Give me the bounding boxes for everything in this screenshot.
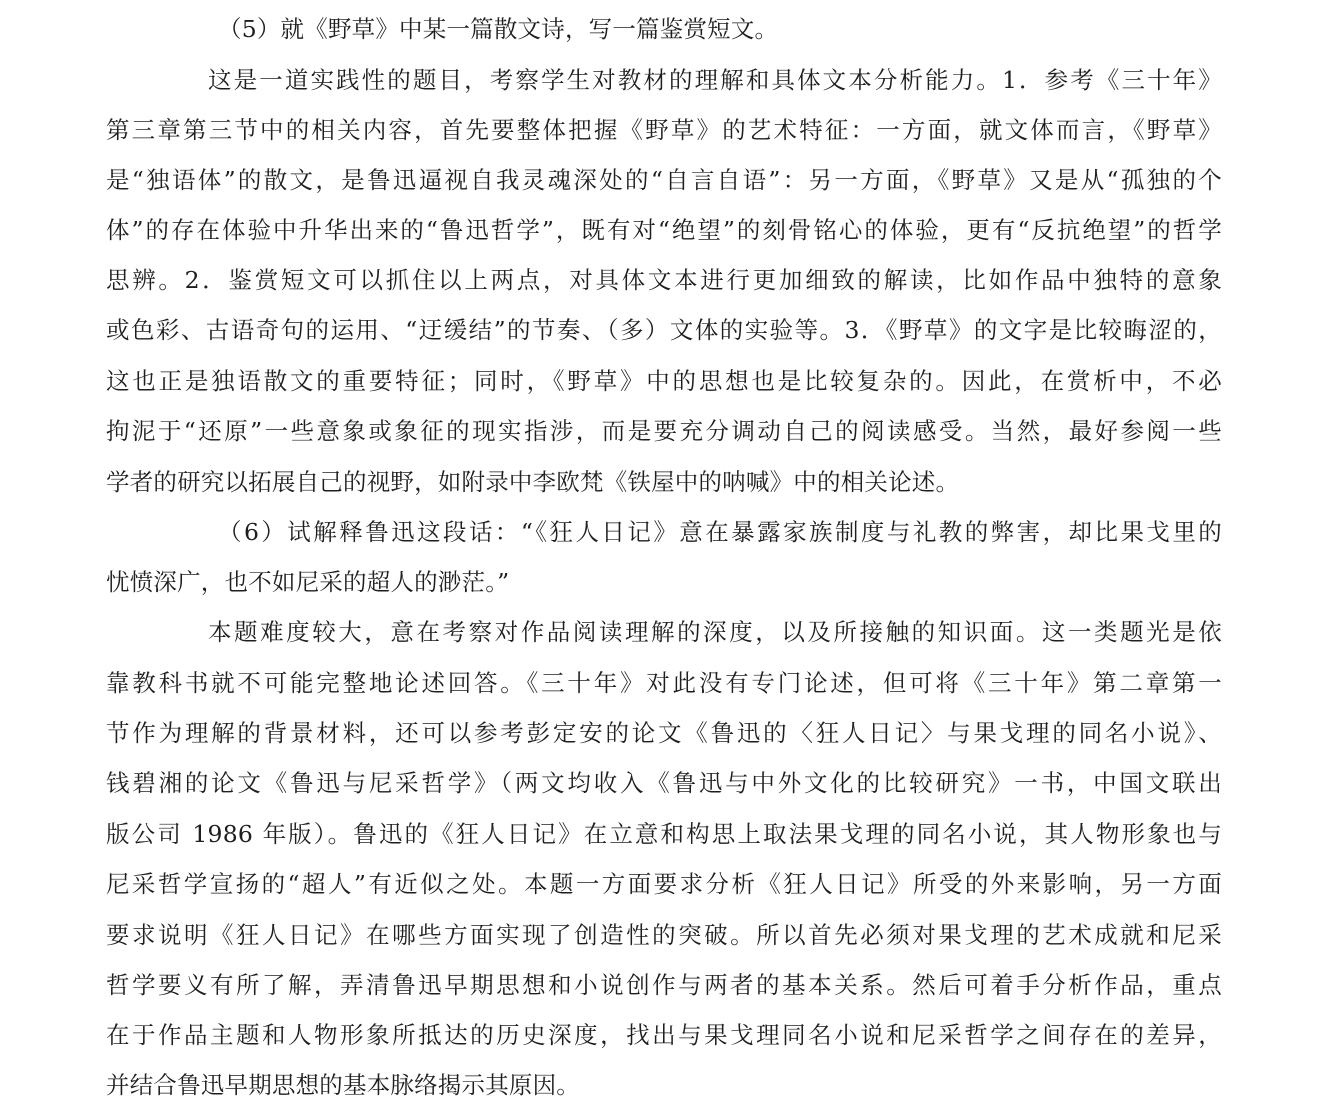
answer-6-line-2: 靠教科书就不可能完整地论述回答。《三十年》对此没有专门论述，但可将《三十年》第二… bbox=[106, 658, 1222, 708]
answer-5-line-7: 这也正是独语散文的重要特征；同时，《野草》中的思想也是比较复杂的。因此，在赏析中… bbox=[106, 356, 1222, 406]
answer-6-line-5: 版公司 1986 年版）。鲁迅的《狂人日记》在立意和构思上取法果戈理的同名小说，… bbox=[106, 809, 1222, 859]
answer-5-line-3: 是“独语体”的散文，是鲁迅逼视自我灵魂深处的“自言自语”：另一方面，《野草》又是… bbox=[106, 155, 1222, 205]
question-6-heading-line-2: 忧愤深广，也不如尼采的超人的渺茫。” bbox=[106, 557, 1222, 607]
answer-6-line-3: 节作为理解的背景材料，还可以参考彭定安的论文《鲁迅的〈狂人日记〉与果戈理的同名小… bbox=[106, 708, 1222, 758]
answer-5-line-6: 或色彩、古语奇句的运用、“迂缓结”的节奏、（多）文体的实验等。3．《野草》的文字… bbox=[106, 305, 1222, 355]
answer-5-line-1: 这是一道实践性的题目，考察学生对教材的理解和具体文本分析能力。1．参考《三十年》 bbox=[208, 55, 1222, 105]
answer-6-line-8: 哲学要义有所了解，弄清鲁迅早期思想和小说创作与两者的基本关系。然后可着手分析作品… bbox=[106, 960, 1222, 1010]
question-5-heading: （5）就《野草》中某一篇散文诗，写一篇鉴赏短文。 bbox=[218, 4, 1222, 54]
answer-5-line-4: 体”的存在体验中升华出来的“鲁迅哲学”，既有对“绝望”的刻骨铭心的体验，更有“反… bbox=[106, 205, 1222, 255]
answer-6-line-6: 尼采哲学宣扬的“超人”有近似之处。本题一方面要求分析《狂人日记》所受的外来影响，… bbox=[106, 859, 1222, 909]
answer-5-line-5: 思辨。2．鉴赏短文可以抓住以上两点，对具体文本进行更加细致的解读，比如作品中独特… bbox=[106, 255, 1222, 305]
answer-5-line-2: 第三章第三节中的相关内容，首先要整体把握《野草》的艺术特征：一方面，就文体而言，… bbox=[106, 105, 1222, 155]
answer-6-line-10: 并结合鲁迅早期思想的基本脉络揭示其原因。 bbox=[106, 1060, 1222, 1110]
answer-6-line-7: 要求说明《狂人日记》在哪些方面实现了创造性的突破。所以首先必须对果戈理的艺术成就… bbox=[106, 910, 1222, 960]
answer-5-line-8: 拘泥于“还原”一些意象或象征的现实指涉，而是要充分调动自己的阅读感受。当然，最好… bbox=[106, 406, 1222, 456]
answer-6-line-9: 在于作品主题和人物形象所抵达的历史深度，找出与果戈理同名小说和尼采哲学之间存在的… bbox=[106, 1010, 1222, 1060]
answer-6-line-1: 本题难度较大，意在考察对作品阅读理解的深度，以及所接触的知识面。这一类题光是依 bbox=[208, 607, 1222, 657]
answer-6-line-4: 钱碧湘的论文《鲁迅与尼采哲学》（两文均收入《鲁迅与中外文化的比较研究》一书，中国… bbox=[106, 758, 1222, 808]
question-6-heading-line-1: （6）试解释鲁迅这段话：“《狂人日记》意在暴露家族制度与礼教的弊害，却比果戈里的 bbox=[218, 507, 1222, 557]
answer-5-line-9: 学者的研究以拓展自己的视野，如附录中李欧梵《铁屋中的呐喊》中的相关论述。 bbox=[106, 457, 1222, 507]
